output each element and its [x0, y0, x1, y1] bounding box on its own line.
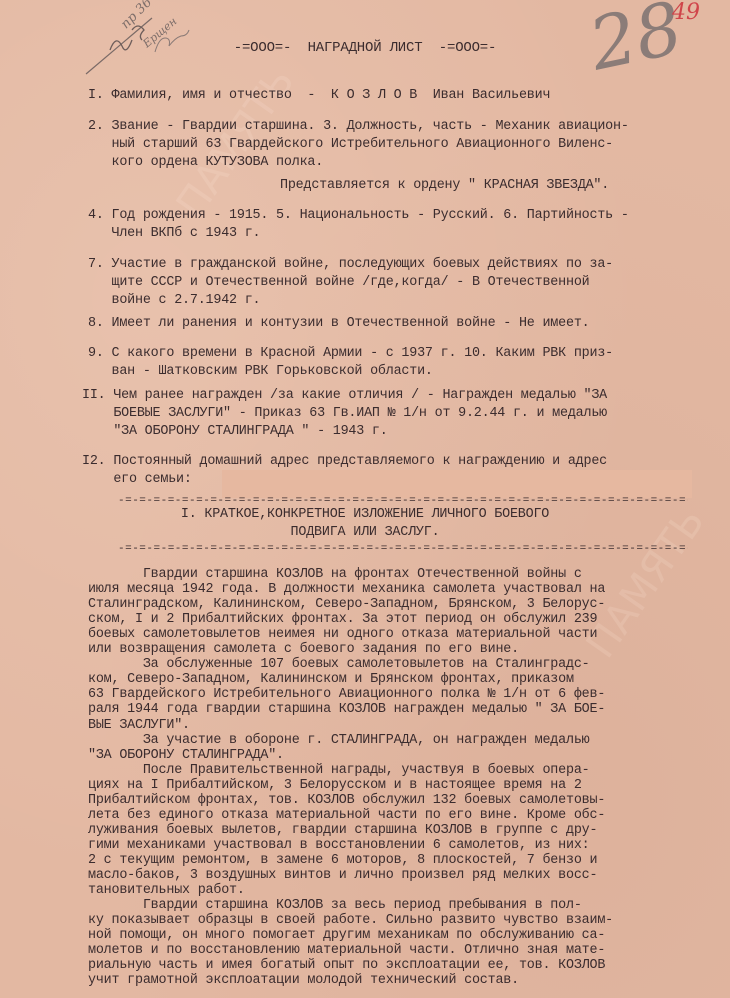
- narrative-line: ском, I и 2 Прибалтийских фронтах. За эт…: [88, 612, 597, 627]
- item-2-rank-line: 2. Звание - Гвардии старшина. 3. Должнос…: [88, 119, 629, 134]
- item-9-service-line: 9. С какого времени в Красной Армии - с …: [88, 346, 613, 361]
- narrative-line: ком, Северо-Западном, Калининском и Брян…: [88, 672, 574, 687]
- narrative-line: За обслуженные 107 боевых самолетовылето…: [88, 657, 589, 672]
- item-12-address-line: I2. Постоянный домашний адрес представля…: [82, 454, 607, 469]
- document-title: -=ООО=- НАГРАДНОЙ ЛИСТ -=ООО=-: [0, 40, 730, 56]
- item-7-war-line: войне с 2.7.1942 г.: [88, 293, 260, 308]
- narrative-line: молетов и по восстановлению материальной…: [88, 943, 605, 958]
- narrative-line: боевых самолетовылетов неимея ни одного …: [88, 627, 597, 642]
- narrative-line: Гвардии старшина КОЗЛОВ за весь период п…: [88, 898, 582, 913]
- item-2-rank-line: ный старший 63 Гвардейского Истребительн…: [88, 137, 613, 152]
- narrative-line: гими механиками участвовал в восстановле…: [88, 838, 589, 853]
- narrative-line: тановительных работ.: [88, 883, 245, 898]
- narrative-line: Гвардии старшина КОЗЛОВ на фронтах Отече…: [88, 567, 582, 582]
- narrative-line: раля 1944 года гвардии старшина КОЗЛОВ н…: [88, 702, 605, 717]
- narrative-line: "ЗА ОБОРОНУ СТАЛИНГРАДА".: [88, 748, 284, 763]
- narrative-line: июля месяца 1942 года. В должности механ…: [88, 582, 605, 597]
- item-4-birth-line: Член ВКПб с 1943 г.: [88, 226, 260, 241]
- narrative-line: учит грамотной эксплоатации молодой техн…: [88, 973, 519, 988]
- item-7-war-line: 7. Участие в гражданской войне, последую…: [88, 257, 613, 272]
- narrative-line: 63 Гвардейского Истребительного Авиацион…: [88, 687, 605, 702]
- narrative-line: ку показывает образцы в своей работе. Си…: [88, 913, 613, 928]
- redacted-address-block: [222, 470, 692, 498]
- narrative-line: лета без единого отказа материальной час…: [88, 808, 605, 823]
- narrative-line: или возвращения самолета с боевого задан…: [88, 642, 519, 657]
- red-pencil-mark: 49: [672, 0, 700, 25]
- item-2-rank-line: кого ордена КУТУЗОВА полка.: [88, 155, 323, 170]
- section-title-line: I. КРАТКОЕ,КОНКРЕТНОЕ ИЗЛОЖЕНИЕ ЛИЧНОГО …: [0, 507, 730, 522]
- item-4-birth-line: 4. Год рождения - 1915. 5. Национальност…: [88, 208, 629, 223]
- narrative-line: циях на I Прибалтийском, 3 Белорусском и…: [88, 778, 582, 793]
- divider-bottom: -=-=-=-=-=-=-=-=-=-=-=-=-=-=-=-=-=-=-=-=…: [118, 543, 688, 555]
- item-11-prior-awards-line: БОЕВЫЕ ЗАСЛУГИ" - Приказ 63 Гв.ИАП № 1/н…: [82, 406, 607, 421]
- narrative-line: масло-баков, 3 воздушных винтов и лично …: [88, 868, 597, 883]
- item-12-address-line: его семьи:: [82, 472, 192, 487]
- narrative-line: За участие в обороне г. СТАЛИНГРАДА, он …: [88, 733, 589, 748]
- narrative-line: риальную часть и имея богатый опыт по эк…: [88, 958, 605, 973]
- item-11-prior-awards-line: II. Чем ранее награжден /за какие отличи…: [82, 388, 607, 403]
- item-9-service-line: ван - Шатковским РВК Горьковской области…: [88, 364, 433, 379]
- award-nominated: Представляется к ордену " КРАСНАЯ ЗВЕЗДА…: [280, 178, 609, 193]
- narrative-line: Сталинградском, Калининском, Северо-Запа…: [88, 597, 605, 612]
- award-sheet-page: ПАМЯТЬ ПАМЯТЬ пр 36 Ерщен 28 49 -=ООО=- …: [0, 0, 730, 998]
- narrative-line: Прибалтийском фронтах, тов. КОЗЛОВ обслу…: [88, 793, 605, 808]
- divider-top: -=-=-=-=-=-=-=-=-=-=-=-=-=-=-=-=-=-=-=-=…: [118, 495, 688, 507]
- item-11-prior-awards-line: "ЗА ОБОРОНУ СТАЛИНГРАДА " - 1943 г.: [82, 424, 388, 439]
- item-8-wounds: 8. Имеет ли ранения и контузии в Отечест…: [88, 316, 589, 331]
- item-1-name: I. Фамилия, имя и отчество - К О З Л О В…: [88, 88, 550, 103]
- narrative-line: ной помощи, он много помогает другим мех…: [88, 928, 605, 943]
- narrative-line: ВЫЕ ЗАСЛУГИ".: [88, 718, 190, 733]
- section-title-line: ПОДВИГА ИЛИ ЗАСЛУГ.: [0, 525, 730, 540]
- narrative-line: 2 с текущим ремонтом, в замене 6 моторов…: [88, 853, 597, 868]
- narrative-line: После Правительственной награды, участву…: [88, 763, 589, 778]
- narrative-line: луживания боевых вылетов, гвардии старши…: [88, 823, 597, 838]
- item-7-war-line: щите СССР и Отечественной войне /где,ког…: [88, 275, 589, 290]
